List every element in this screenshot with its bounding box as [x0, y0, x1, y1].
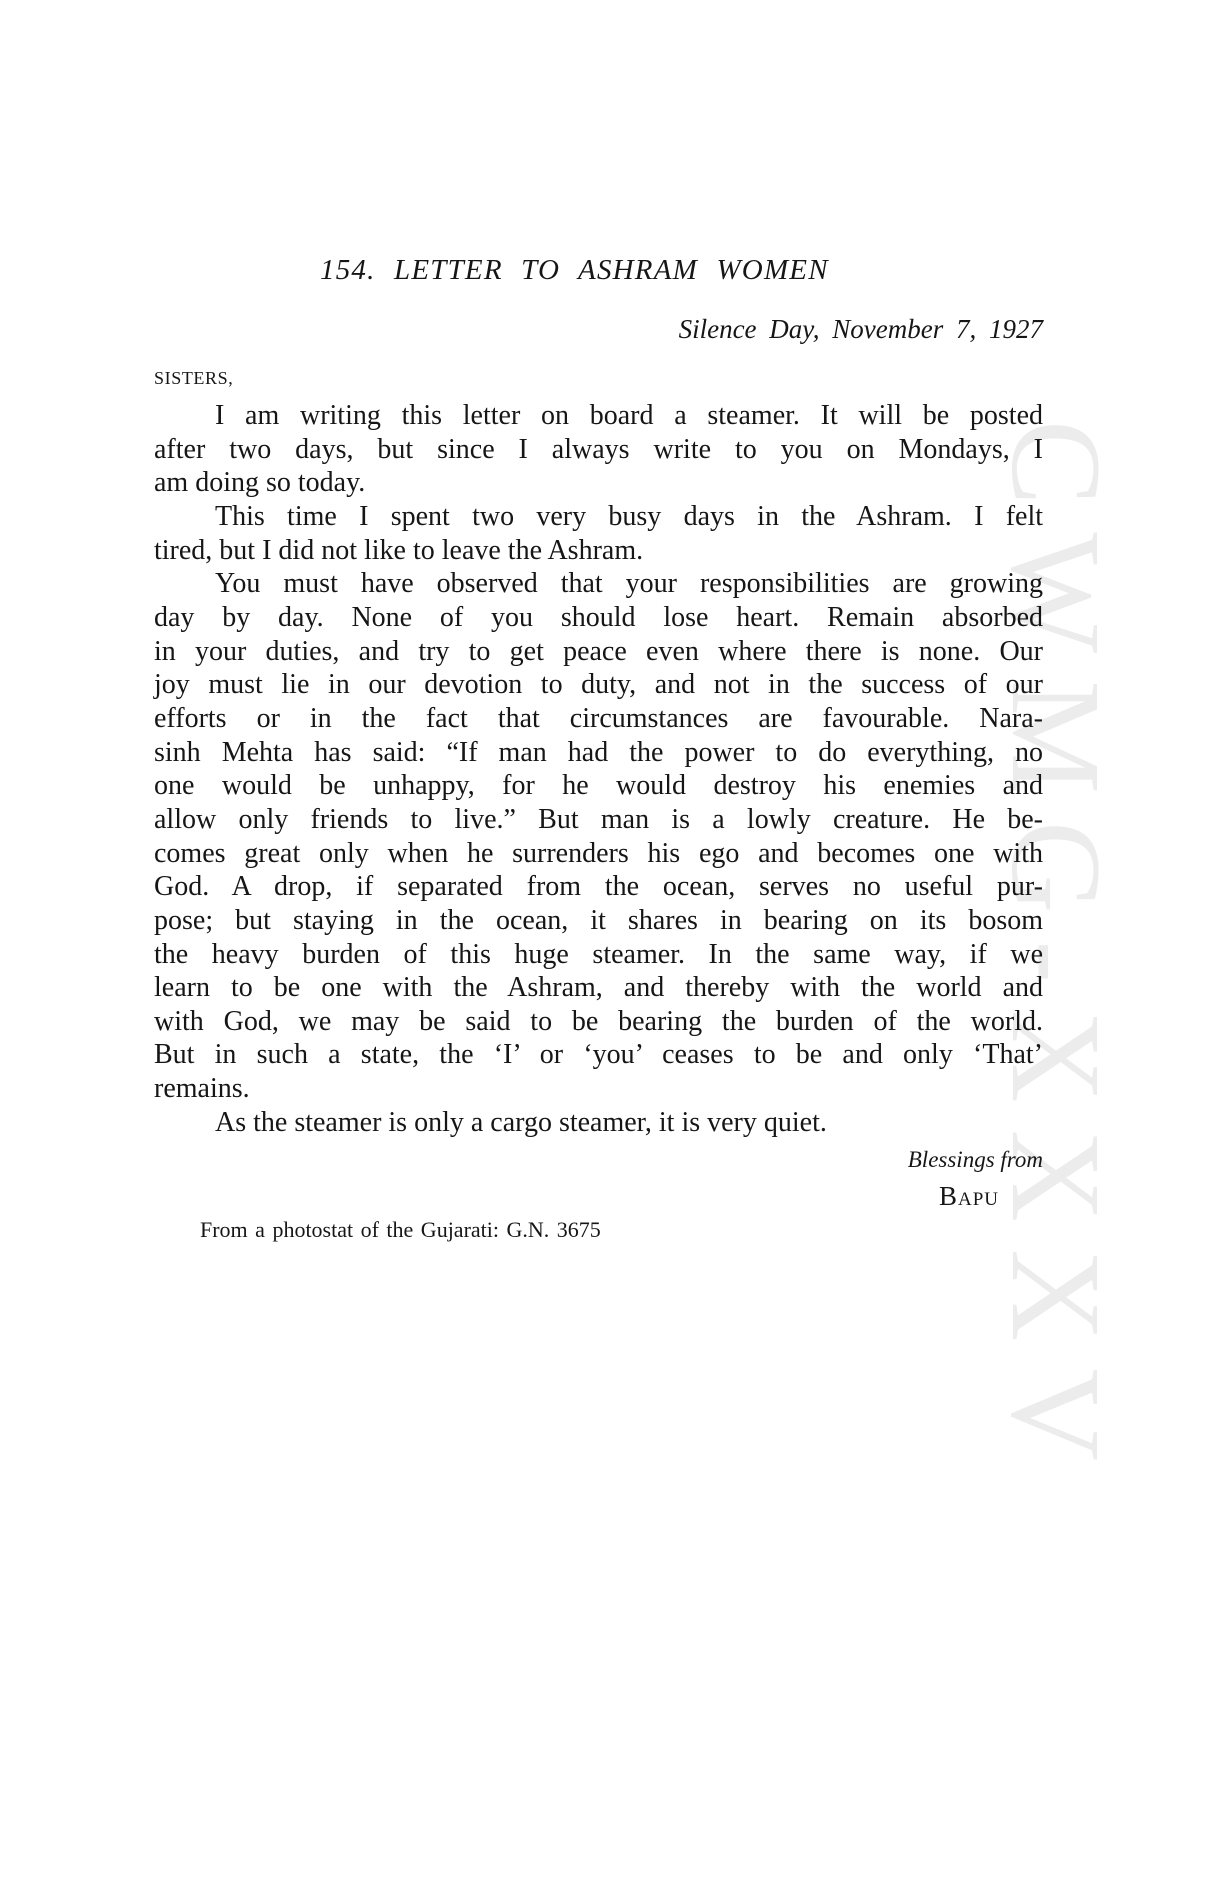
letter-title: 154. LETTER TO ASHRAM WOMEN — [320, 253, 829, 287]
body-line: I am writing this letter on board a stea… — [154, 399, 1043, 433]
body-line: God. A drop, if separated from the ocean… — [154, 870, 1043, 904]
watermark-letter: X — [1010, 1249, 1102, 1345]
body-line: But in such a state, the ‘I’ or ‘you’ ce… — [154, 1038, 1043, 1072]
body-line: learn to be one with the Ashram, and the… — [154, 971, 1043, 1005]
body-line: tired, but I did not like to leave the A… — [154, 534, 1043, 568]
source-note: From a photostat of the Gujarati: G.N. 3… — [200, 1216, 601, 1244]
body-line: after two days, but since I always write… — [154, 433, 1043, 467]
body-line: one would be unhappy, for he would destr… — [154, 769, 1043, 803]
body-line: pose; but staying in the ocean, it share… — [154, 904, 1043, 938]
letter-body: I am writing this letter on board a stea… — [154, 399, 1043, 1139]
closing: Blessings from — [908, 1145, 1043, 1175]
body-line: allow only friends to live.” But man is … — [154, 803, 1043, 837]
watermark-letter: V — [1010, 1369, 1102, 1465]
body-line: the heavy burden of this huge steamer. I… — [154, 938, 1043, 972]
salutation: SISTERS, — [154, 366, 233, 390]
body-line: day by day. None of you should lose hear… — [154, 601, 1043, 635]
body-line: This time I spent two very busy days in … — [154, 500, 1043, 534]
body-line: efforts or in the fact that circumstance… — [154, 702, 1043, 736]
body-line: joy must lie in our devotion to duty, an… — [154, 668, 1043, 702]
body-line: remains. — [154, 1072, 1043, 1106]
signature: Bapu — [939, 1180, 999, 1212]
body-line: am doing so today. — [154, 466, 1043, 500]
body-line: in your duties, and try to get peace eve… — [154, 635, 1043, 669]
body-line: with God, we may be said to be bearing t… — [154, 1005, 1043, 1039]
body-line: You must have observed that your respons… — [154, 567, 1043, 601]
dateline: Silence Day, November 7, 1927 — [679, 312, 1043, 346]
body-line: sinh Mehta has said: “If man had the pow… — [154, 736, 1043, 770]
body-line: comes great only when he surrenders his … — [154, 837, 1043, 871]
body-line: As the steamer is only a cargo steamer, … — [154, 1106, 1043, 1140]
